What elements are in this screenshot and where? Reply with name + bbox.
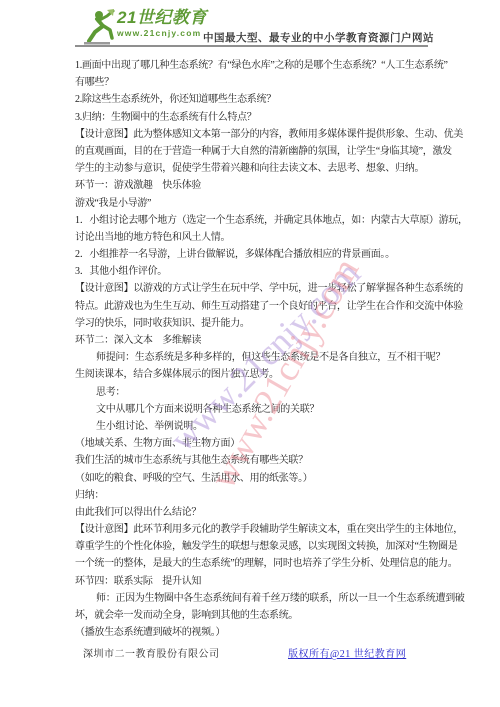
header-divider	[75, 45, 428, 47]
doc-line: 【设计意图】此环节利用多元化的教学手段辅助学生解读文本，重在突出学生的主体地位，	[75, 521, 455, 538]
doc-line: 尊重学生的个性化体验，触发学生的联想与想象灵感，以实现图文转换，加深对“生物圈是	[75, 538, 455, 555]
doc-line: 3．其他小组作评价。	[75, 263, 455, 280]
doc-line: 师：正因为生物圈中各生态系统间有着千丝万缕的联系，所以一旦一个生态系统遭到破	[75, 590, 455, 607]
doc-line: 学生的主动参与意识，促使学生带着兴趣和向往去读文本、去思考、想象、归纳。	[75, 160, 455, 177]
site-slogan: 中国最大型、最专业的中小学教育资源门户网站	[203, 30, 434, 45]
logo-text-block: 21世纪教育 www.21cnjy.com	[117, 8, 207, 38]
doc-line: 学习的快乐，同时收获知识、提升能力。	[75, 315, 455, 332]
doc-line: 生小组讨论、举例说明。	[75, 418, 455, 435]
doc-line: 【设计意图】以游戏的方式让学生在玩中学、学中玩，进一步轻松了解掌握各种生态系统的	[75, 280, 455, 297]
company-name: 深圳市二一教育股份有限公司	[83, 645, 220, 660]
doc-line: 讨论出当地的地方特色和风土人情。	[75, 229, 455, 246]
doc-line: 的直观画面，目的在于营造一种属于大自然的清新幽静的氛围，让学生“身临其境”，激发	[75, 143, 455, 160]
doc-line: 有哪些？	[75, 74, 455, 91]
doc-line: 生阅读课本，结合多媒体展示的图片独立思考。	[75, 366, 455, 383]
page-footer: 深圳市二一教育股份有限公司 版权所有@21 世纪教育网	[0, 645, 500, 661]
runner-logo-icon	[83, 8, 115, 46]
doc-line: 我们生活的城市生态系统与其他生态系统有哪些关联？	[75, 452, 455, 469]
doc-line: 由此我们可以得出什么结论？	[75, 504, 455, 521]
doc-line: 游戏“我是小导游”	[75, 195, 455, 212]
site-header: 21世纪教育 www.21cnjy.com 中国最大型、最专业的中小学教育资源门…	[75, 6, 430, 48]
doc-line: 【设计意图】此为整体感知文本第一部分的内容，教师用多媒体课件提供形象、生动、优美	[75, 126, 455, 143]
doc-line: 1.画面中出现了哪几种生态系统？有“绿色水库”之称的是哪个生态系统？“人工生态系…	[75, 57, 455, 74]
doc-line: 思考：	[75, 384, 455, 401]
doc-line: 特点。此游戏也为生生互动、师生互动搭建了一个良好的平台，让学生在合作和交流中体验	[75, 298, 455, 315]
copyright-link[interactable]: 版权所有@21 世纪教育网	[288, 645, 406, 660]
doc-line: 归纳：	[75, 487, 455, 504]
doc-line: （地域关系、生物方面、非生物方面）	[75, 435, 455, 452]
doc-line: 环节一：游戏激趣 快乐体验	[75, 177, 455, 194]
doc-line: 3.归纳：生物圈中的生态系统有什么特点？	[75, 109, 455, 126]
doc-line: （播放生态系统遭到破坏的视频。）	[75, 624, 455, 641]
document-page: 21世纪教育 www.21cnjy.com 中国最大型、最专业的中小学教育资源门…	[0, 0, 500, 707]
doc-line: 2．小组推荐一名导游，上讲台做解说，多媒体配合播放相应的背景画面。。	[75, 246, 455, 263]
doc-line: 一个统一的整体，是最大的生态系统”的理解，同时也培养了学生分析、处理信息的能力。	[75, 555, 455, 572]
doc-line: 环节二：深入文本 多维解读	[75, 332, 455, 349]
logo-url: www.21cnjy.com	[117, 28, 207, 38]
doc-line: 文中从哪几个方面来说明各种生态系统之间的关联？	[75, 401, 455, 418]
doc-line: 坏，就会牵一发而动全身，影响到其他的生态系统。	[75, 607, 455, 624]
doc-line: 1．小组讨论去哪个地方（选定一个生态系统，并确定具体地点，如：内蒙古大草原）游玩…	[75, 212, 455, 229]
doc-line: （如吃的粮食、呼吸的空气、生活用水、用的纸张等。）	[75, 470, 455, 487]
logo-title: 21世纪教育	[117, 8, 207, 27]
doc-line: 2.除这些生态系统外，你还知道哪些生态系统？	[75, 91, 455, 108]
doc-line: 环节四：联系实际 提升认知	[75, 573, 455, 590]
site-logo: 21世纪教育 www.21cnjy.com	[83, 8, 207, 46]
doc-line: 师提问：生态系统是多种多样的，但这些生态系统是不是各自独立，互不相干呢？	[75, 349, 455, 366]
lesson-plan-text: 1.画面中出现了哪几种生态系统？有“绿色水库”之称的是哪个生态系统？“人工生态系…	[75, 57, 455, 641]
